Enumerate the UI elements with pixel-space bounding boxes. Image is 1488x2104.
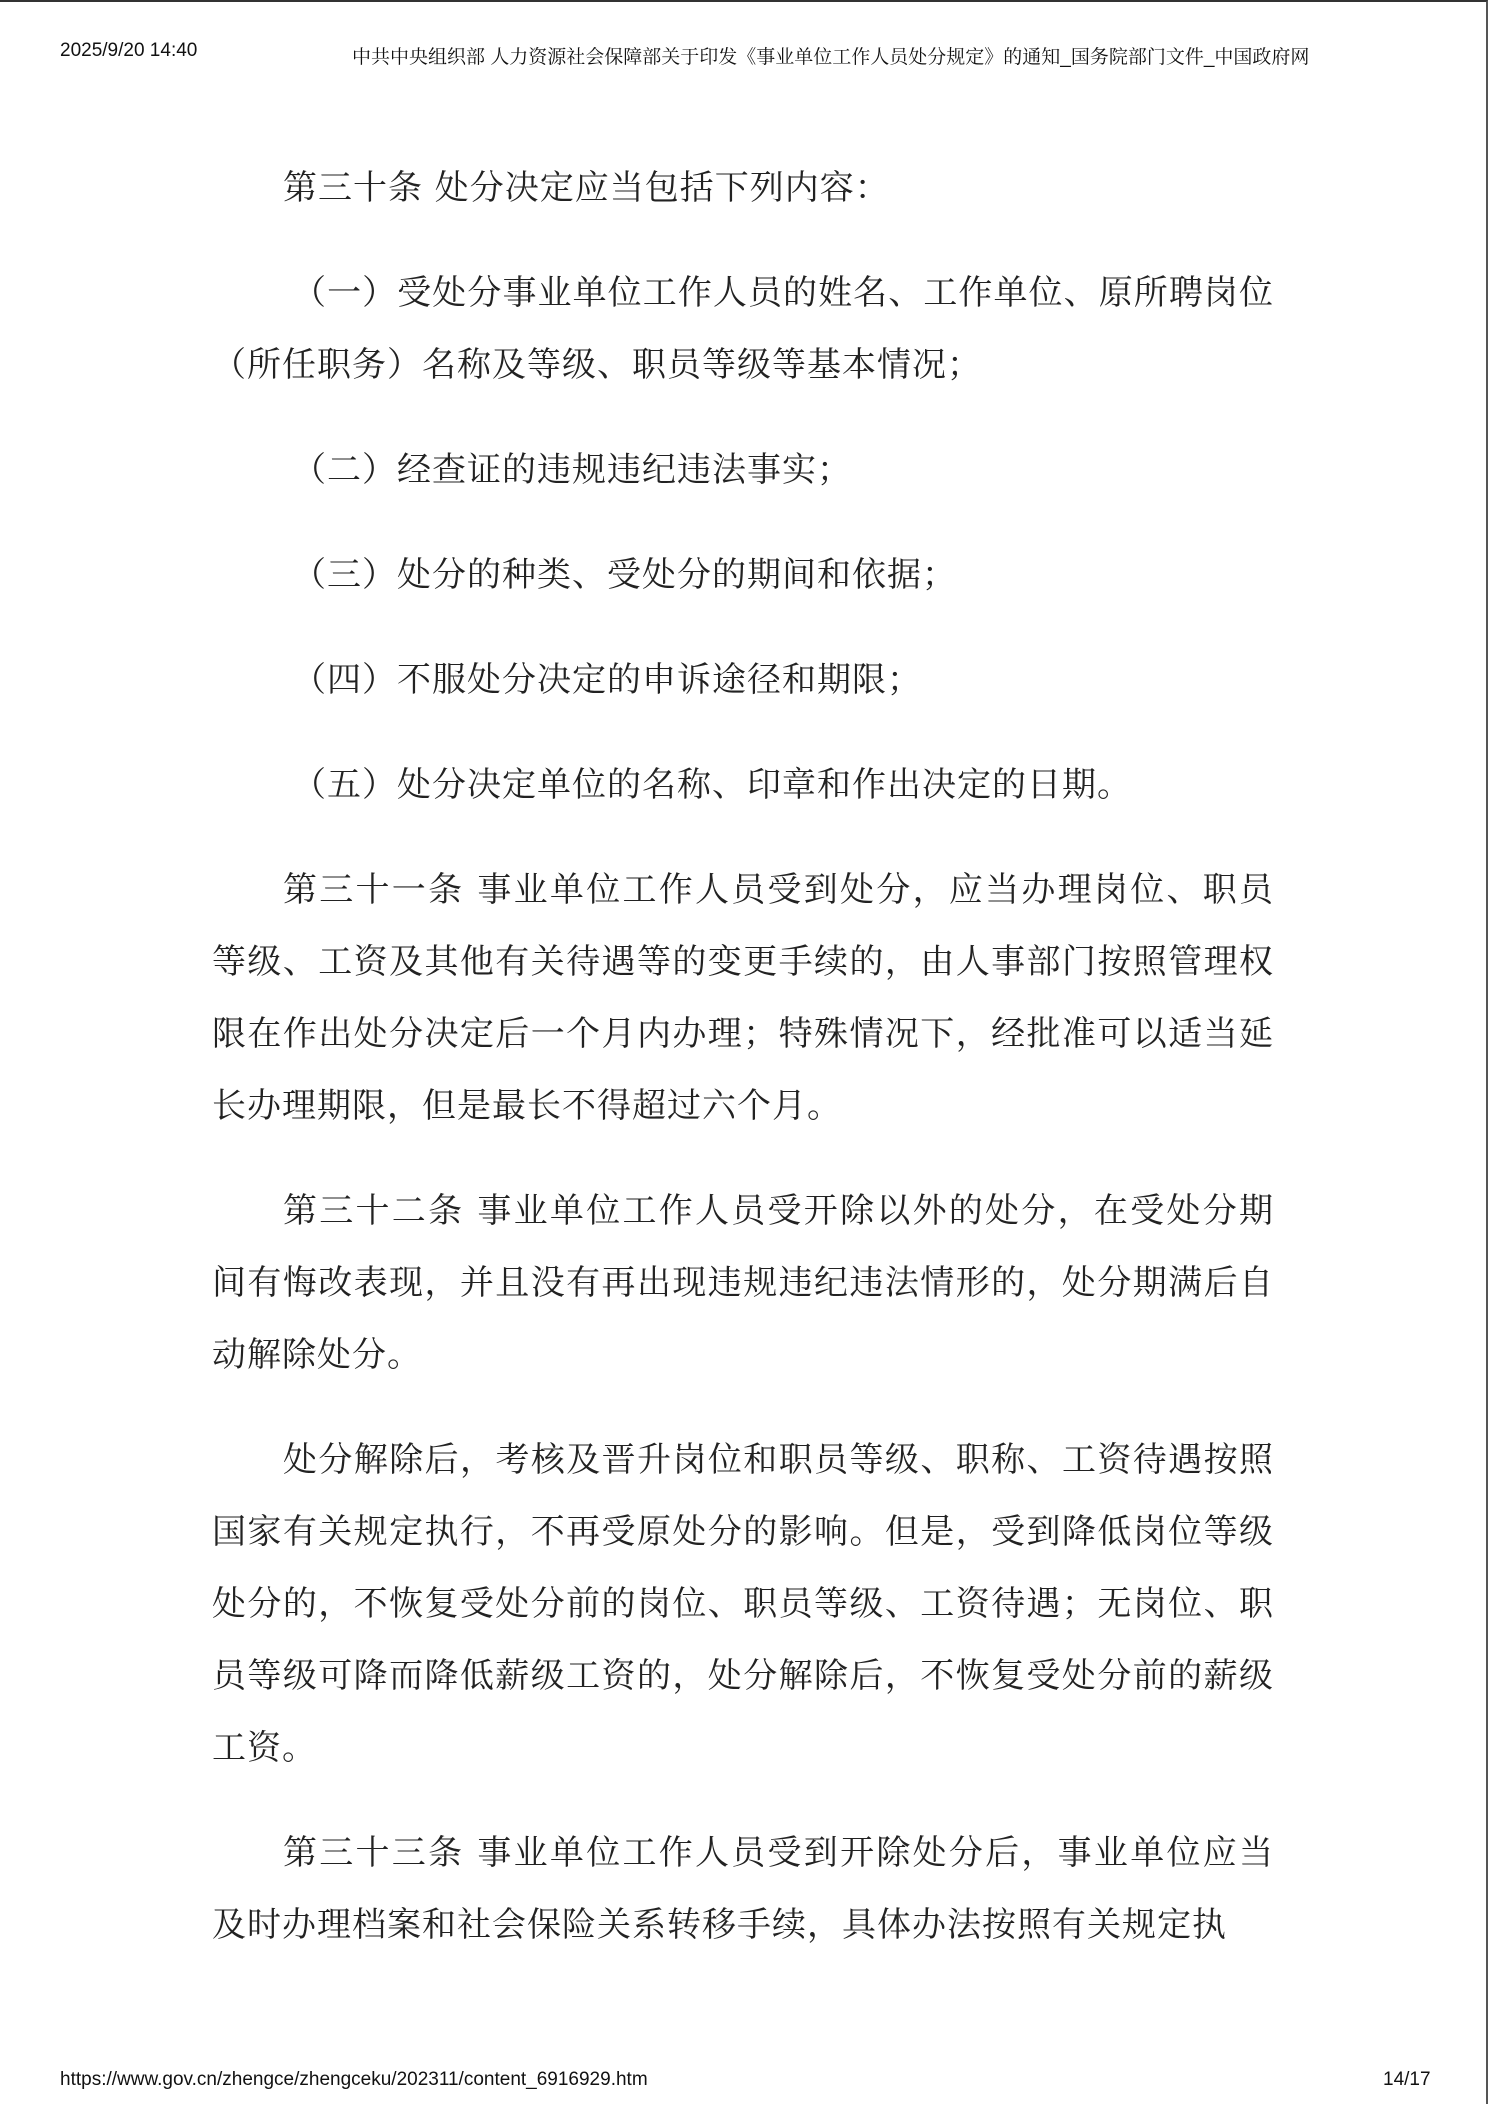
article-33: 第三十三条 事业单位工作人员受到开除处分后，事业单位应当及时办理档案和社会保险关… (212, 1817, 1274, 1961)
page-number: 14/17 (1383, 2069, 1431, 2091)
page-url: https://www.gov.cn/zhengce/zhengceku/202… (60, 2069, 648, 2091)
article-30-item-2: （二）经查证的违规违纪违法事实； (212, 434, 1274, 506)
article-31: 第三十一条 事业单位工作人员受到处分，应当办理岗位、职员等级、工资及其他有关待遇… (212, 854, 1274, 1142)
print-timestamp: 2025/9/20 14:40 (60, 40, 197, 62)
article-30-item-3: （三）处分的种类、受处分的期间和依据； (212, 539, 1274, 611)
document-body: 第三十条 处分决定应当包括下列内容： （一）受处分事业单位工作人员的姓名、工作单… (212, 152, 1274, 1994)
article-30-heading: 第三十条 处分决定应当包括下列内容： (212, 152, 1274, 224)
document-title: 中共中央组织部 人力资源社会保障部关于印发《事业单位工作人员处分规定》的通知_国… (352, 42, 1309, 69)
article-30-item-1: （一）受处分事业单位工作人员的姓名、工作单位、原所聘岗位（所任职务）名称及等级、… (212, 257, 1274, 401)
article-32: 第三十二条 事业单位工作人员受开除以外的处分，在受处分期间有悔改表现，并且没有再… (212, 1175, 1274, 1391)
article-32-paragraph-2: 处分解除后，考核及晋升岗位和职员等级、职称、工资待遇按照国家有关规定执行，不再受… (212, 1424, 1274, 1784)
article-30-item-4: （四）不服处分决定的申诉途径和期限； (212, 644, 1274, 716)
article-30-item-5: （五）处分决定单位的名称、印章和作出决定的日期。 (212, 749, 1274, 821)
print-header: 2025/9/20 14:40 中共中央组织部 人力资源社会保障部关于印发《事业… (0, 40, 1486, 70)
